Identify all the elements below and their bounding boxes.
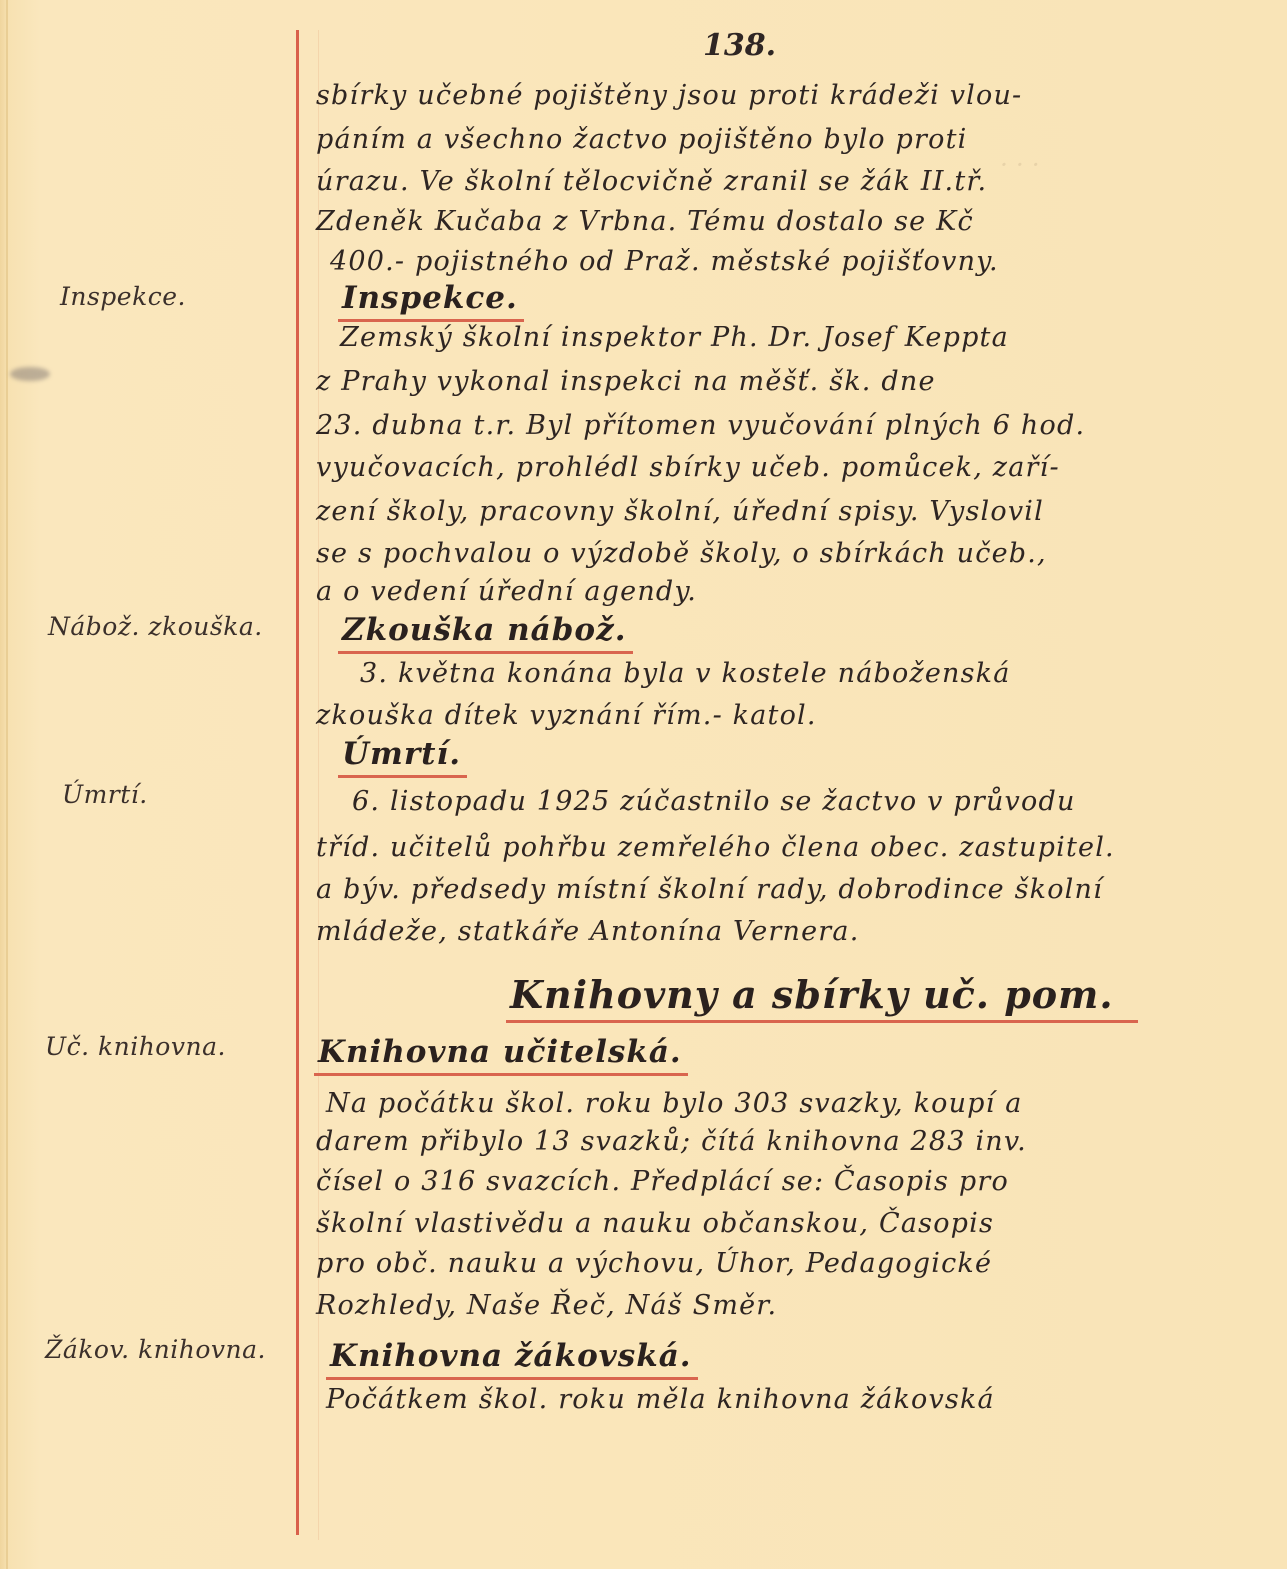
text-line: zení školy, pracovny školní, úřední spis… xyxy=(316,496,1044,527)
section-heading-umrti: Úmrtí. xyxy=(342,736,461,772)
heading-underline xyxy=(338,775,467,778)
margin-note-zakov-knihovna: Žákov. knihovna. xyxy=(45,1335,266,1364)
heading-underline xyxy=(338,651,633,654)
binding-edge xyxy=(6,0,8,1569)
chronicle-page: · · · 138. Inspekce. Nábož. zkouška. Úmr… xyxy=(0,0,1287,1569)
text-line: Zemský školní inspektor Ph. Dr. Josef Ke… xyxy=(340,322,1009,353)
text-line: z Prahy vykonal inspekci na měšť. šk. dn… xyxy=(316,366,936,397)
margin-note-inspekce: Inspekce. xyxy=(60,282,186,311)
text-line: a býv. předsedy místní školní rady, dobr… xyxy=(316,874,1103,905)
text-line: 23. dubna t.r. Byl přítomen vyučování pl… xyxy=(316,410,1085,441)
ink-smudge xyxy=(10,367,50,381)
text-line: zkouška dítek vyznání řím.- katol. xyxy=(316,700,817,731)
section-heading-zkouska: Zkouška nábož. xyxy=(342,612,627,648)
text-line: 3. května konána byla v kostele nábožens… xyxy=(360,658,1011,689)
heading-underline xyxy=(314,1073,688,1076)
section-heading-inspekce: Inspekce. xyxy=(342,280,518,316)
text-line: a o vedení úřední agendy. xyxy=(316,576,697,607)
text-line: čísel o 316 svazcích. Předplácí se: Časo… xyxy=(316,1166,1009,1197)
margin-note-naboz: Nábož. zkouška. xyxy=(48,612,263,641)
text-line: sbírky učebné pojištěny jsou proti kráde… xyxy=(316,80,1022,111)
text-line: 400.- pojistného od Praž. městské pojišť… xyxy=(330,246,999,277)
red-margin-rule xyxy=(296,30,299,1535)
text-line: pro obč. nauku a výchovu, Úhor, Pedagogi… xyxy=(316,1248,992,1279)
section-heading-knihovny: Knihovny a sbírky uč. pom. xyxy=(510,972,1114,1017)
text-line: 6. listopadu 1925 zúčastnilo se žactvo v… xyxy=(352,786,1076,817)
text-line: Počátkem škol. roku měla knihovna žákovs… xyxy=(326,1384,995,1415)
heading-underline xyxy=(506,1020,1138,1023)
page-number: 138. xyxy=(703,28,776,63)
section-heading-zakovska: Knihovna žákovská. xyxy=(330,1338,692,1374)
text-line: Zdeněk Kučaba z Vrbna. Tému dostalo se K… xyxy=(316,206,974,237)
section-heading-ucitelska: Knihovna učitelská. xyxy=(318,1034,682,1070)
margin-note-uc-knihovna: Uč. knihovna. xyxy=(45,1032,226,1061)
text-line: Na počátku škol. roku bylo 303 svazky, k… xyxy=(326,1088,1023,1119)
text-line: vyučovacích, prohlédl sbírky učeb. pomůc… xyxy=(316,452,1060,483)
text-line: školní vlastivědu a nauku občanskou, Čas… xyxy=(316,1208,994,1239)
bleed-through-text: · · · xyxy=(1000,150,1040,179)
text-line: mládeže, statkáře Antonína Vernera. xyxy=(316,916,860,947)
text-line: se s pochvalou o výzdobě školy, o sbírká… xyxy=(316,538,1047,569)
text-line: tříd. učitelů pohřbu zemřelého člena obe… xyxy=(316,832,1115,863)
text-line: páním a všechno žactvo pojištěno bylo pr… xyxy=(316,124,967,155)
heading-underline xyxy=(326,1377,698,1380)
text-line: darem přibylo 13 svazků; čítá knihovna 2… xyxy=(316,1126,1027,1157)
text-line: Rozhledy, Naše Řeč, Náš Směr. xyxy=(316,1290,777,1321)
margin-note-umrti: Úmrtí. xyxy=(62,780,148,809)
text-line: úrazu. Ve školní tělocvičně zranil se žá… xyxy=(316,166,987,197)
